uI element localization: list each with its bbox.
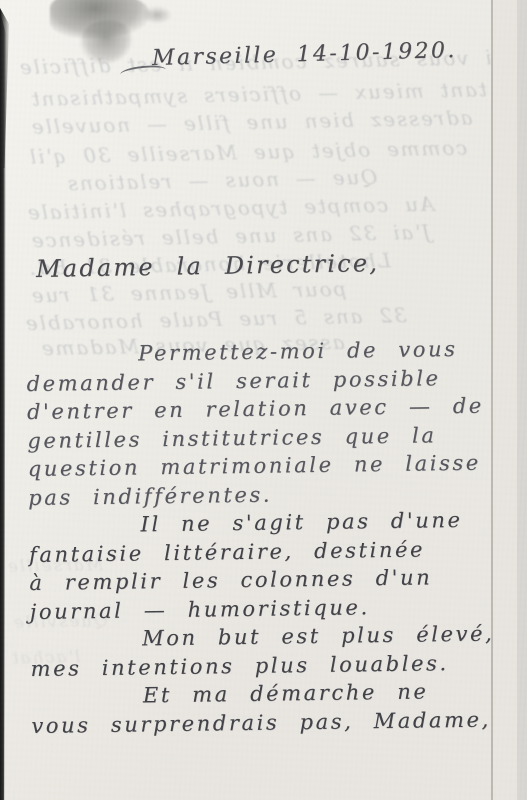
salutation: Madame la Directrice, <box>36 249 379 283</box>
letter-scan: si vous saurez combien il est difficile … <box>0 0 527 800</box>
showthrough-line: J'ai 32 ans une belle résidence <box>30 220 431 252</box>
showthrough-line: comme objet que Marseille 30 q'il <box>28 135 468 168</box>
showthrough-line: Que — nous — relations <box>66 165 378 196</box>
scan-edge-left <box>0 11 6 800</box>
paper-edge-right <box>493 0 517 800</box>
letter-body: Permettez-moi de vous demander s'il sera… <box>26 334 502 740</box>
showthrough-line: 32 ans 5 rue Paule honorable <box>24 303 407 335</box>
showthrough-line: Au compte typographes l'initiale <box>26 192 435 225</box>
letter-line: vous surprendrais pas, Madame, <box>31 705 501 740</box>
stain <box>142 6 172 24</box>
paper-edge-right <box>517 0 527 800</box>
showthrough-line: adressez bien une fille — nouvelle <box>30 105 473 138</box>
